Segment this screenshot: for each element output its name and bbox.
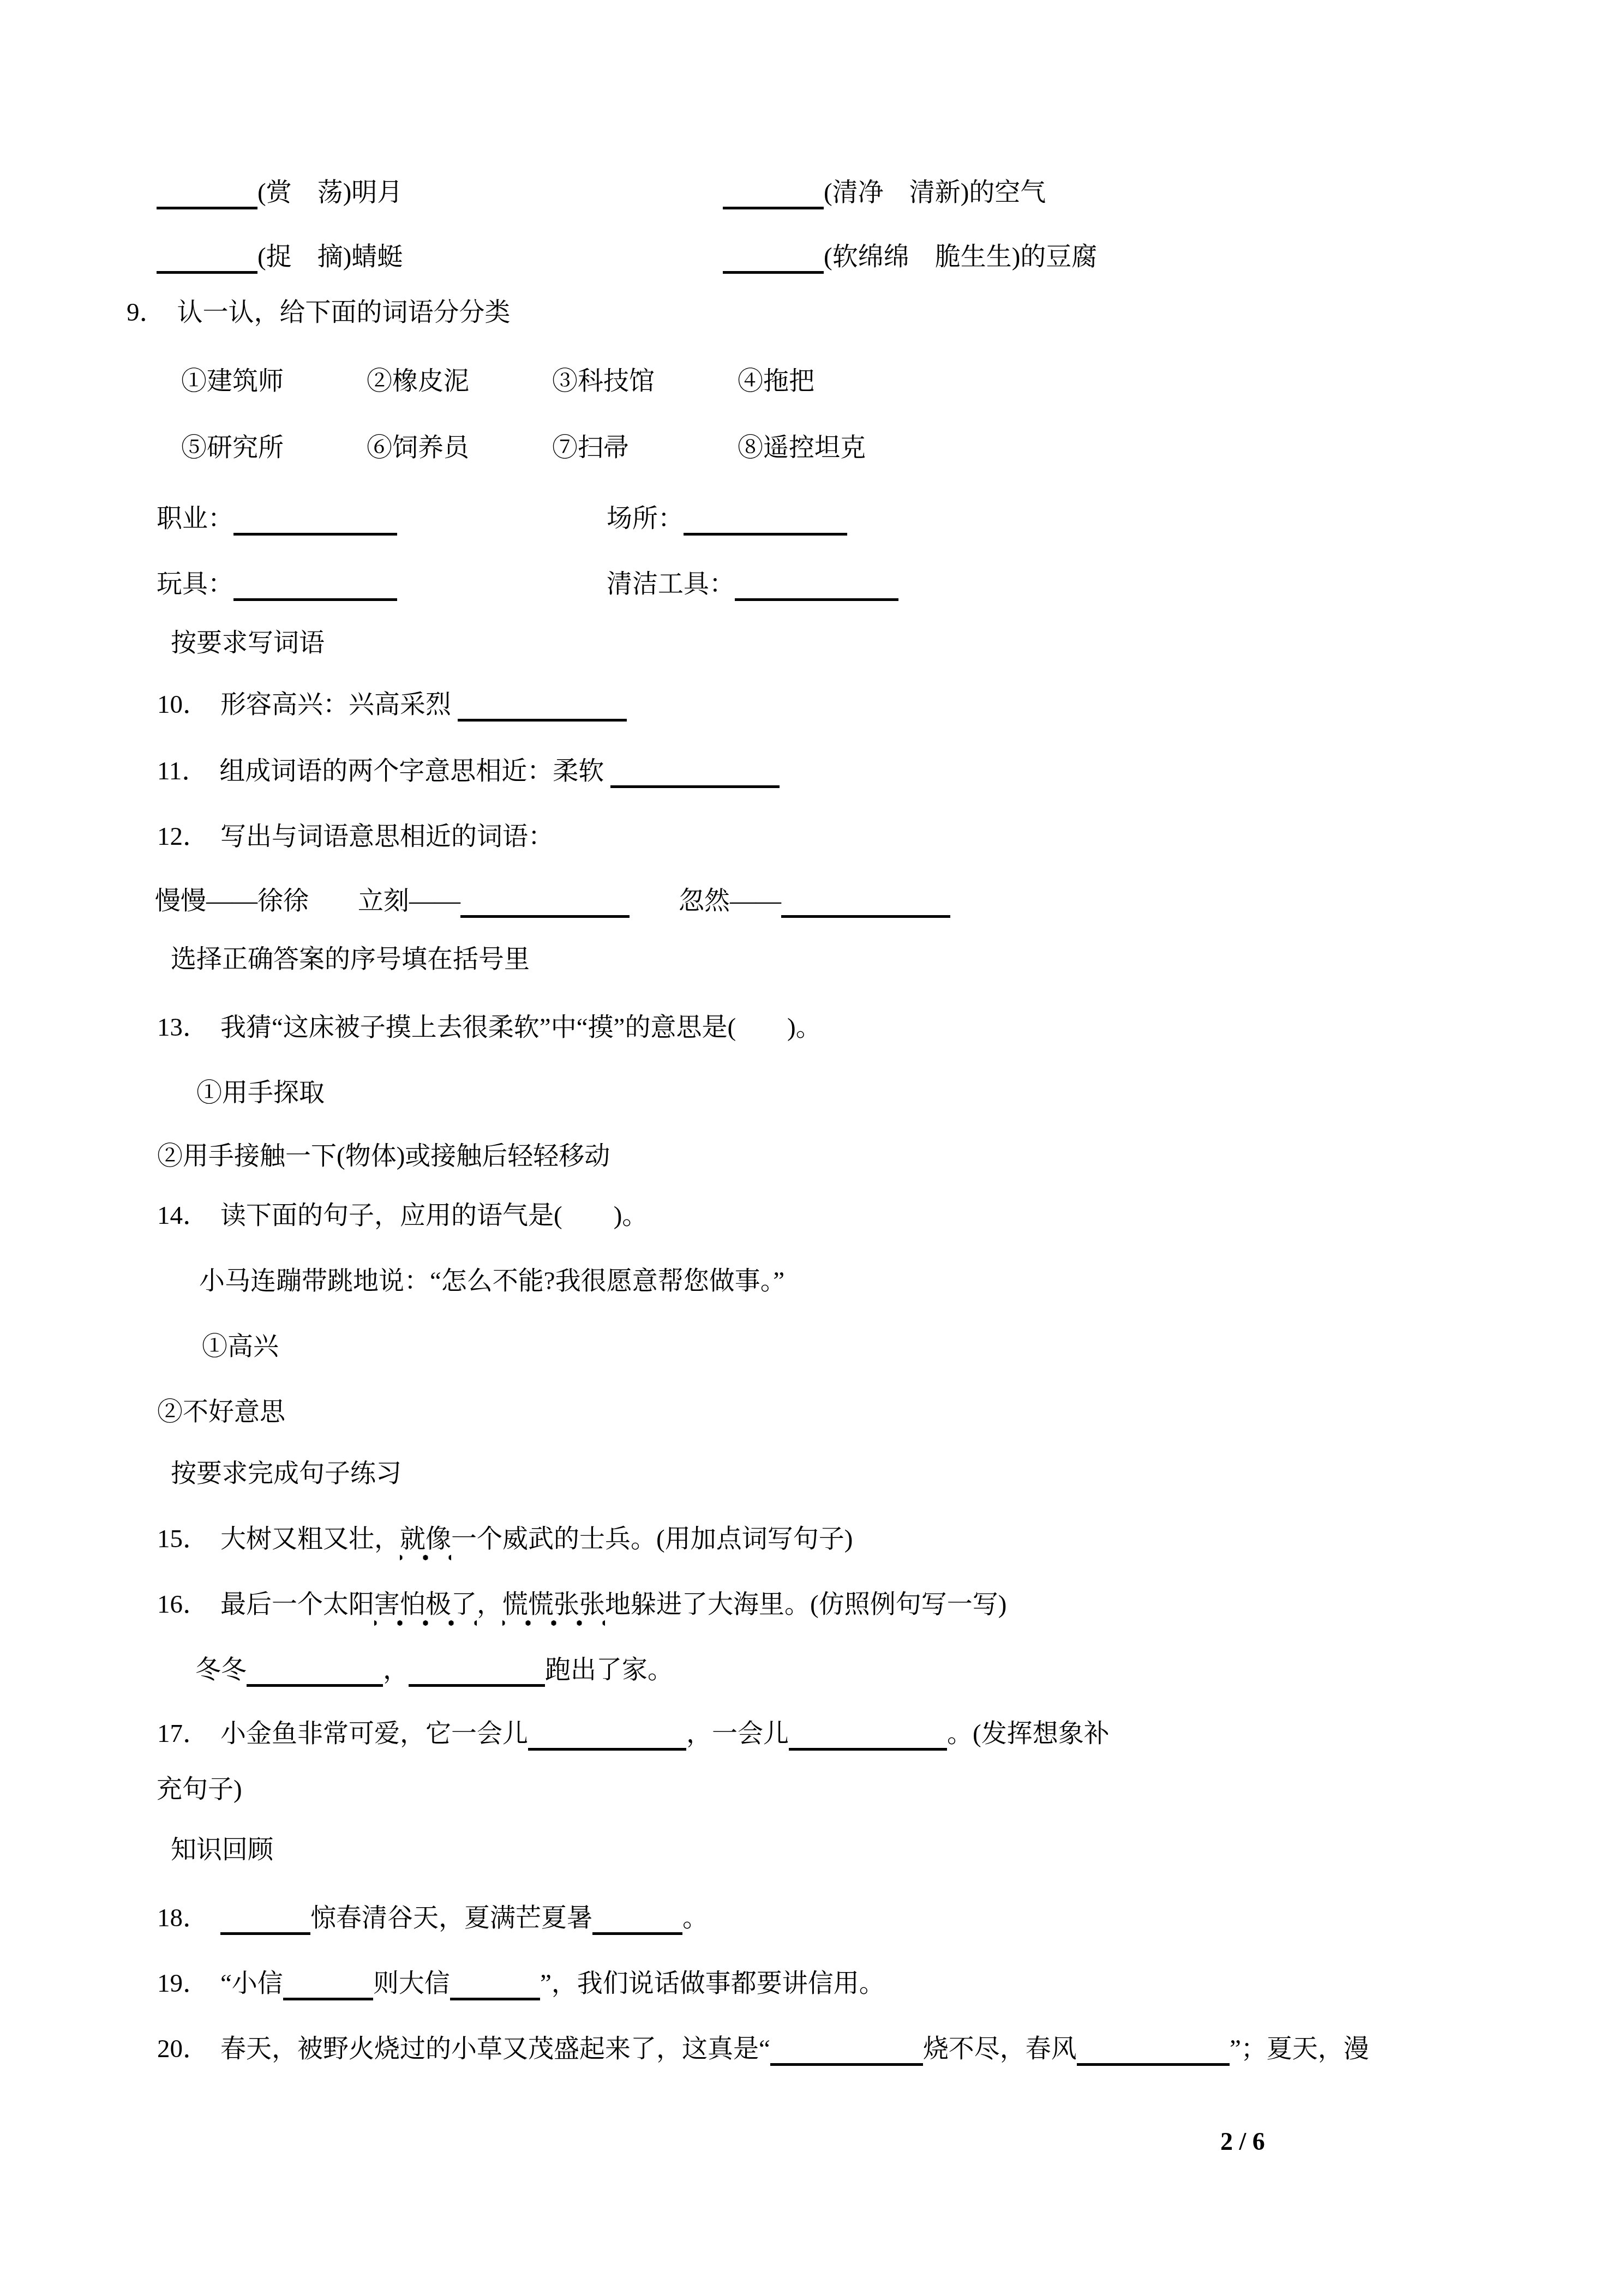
word-item-7: ⑦扫帚 <box>552 431 629 465</box>
question-9-stem: 认一认，给下面的词语分分类 <box>177 298 511 327</box>
question-15: 15．大树又粗又壮，就像一个威武的士兵。(用加点词写句子) <box>157 1522 853 1556</box>
blank-line <box>610 756 780 788</box>
question-13: 13．我猜“这床被子摸上去很柔软”中“摸”的意思是( )。 <box>157 1011 822 1044</box>
word-item-4: ④拖把 <box>738 364 814 398</box>
question-14-option-1: ①高兴 <box>202 1330 279 1363</box>
question-13-stem: 我猜“这床被子摸上去很柔软”中“摸”的意思是( )。 <box>220 1013 822 1042</box>
question-14-stem: 读下面的句子，应用的语气是( )。 <box>220 1201 648 1230</box>
question-20-post: ”；夏天，漫 <box>1230 2035 1369 2063</box>
question-14-quote: 小马连蹦带跳地说：“怎么不能?我很愿意帮您做事。” <box>199 1264 784 1298</box>
question-11: 11．组成词语的两个字意思相近：柔软 <box>157 754 780 788</box>
question-16-fill-post: 跑出了家。 <box>545 1656 673 1684</box>
question-18-mid: 惊春清谷天，夏满芒夏暑 <box>310 1904 592 1932</box>
blank-line <box>233 503 397 536</box>
word-item-5: ⑤研究所 <box>181 431 284 465</box>
question-14: 14．读下面的句子，应用的语气是( )。 <box>157 1199 648 1233</box>
question-17-mid: ，一会儿 <box>686 1720 789 1748</box>
category-label-toy: 玩具： <box>157 570 233 598</box>
question-16-mid: ， <box>477 1590 502 1619</box>
question-19-mid: 则大信 <box>373 1969 450 1998</box>
word-item-1: ①建筑师 <box>181 364 284 398</box>
question-13-number: 13． <box>157 1013 208 1042</box>
category-label-place: 场所： <box>607 504 684 533</box>
blank-line <box>247 1655 383 1687</box>
section-header-sentence-practice: 按要求完成句子练习 <box>171 1457 401 1490</box>
question-18: 18．惊春清谷天，夏满芒夏暑。 <box>157 1901 708 1935</box>
blank-line <box>233 569 397 601</box>
word-item-8: ⑧遥控坦克 <box>738 431 866 465</box>
blank-line <box>460 886 630 918</box>
blank-line <box>781 886 950 918</box>
question-13-option-2: ②用手接触一下(物体)或接触后轻轻移动 <box>157 1139 610 1173</box>
question-12-pairs: 慢慢——徐徐立刻——忽然—— <box>155 884 950 918</box>
category-label-occupation: 职业： <box>157 504 233 533</box>
blank-line <box>283 1968 373 2000</box>
synonym-label-like: 立刻—— <box>358 887 460 915</box>
word-choice-text: (捉 摘)蜻蜓 <box>257 243 403 271</box>
question-15-pre: 大树又粗又壮， <box>220 1525 400 1553</box>
blank-line <box>157 177 257 209</box>
blank-line <box>157 242 257 274</box>
question-20-pre: 春天，被野火烧过的小草又茂盛起来了，这真是“ <box>220 2035 770 2063</box>
question-9-number: 9． <box>127 298 165 327</box>
question-10: 10．形容高兴：兴高采烈 <box>157 688 627 722</box>
question-9: 9．认一认，给下面的词语分分类 <box>127 296 511 329</box>
question-14-option-2: ②不好意思 <box>157 1395 285 1429</box>
word-choice-text: (赏 荡)明月 <box>257 178 403 207</box>
question-20-mid: 烧不尽，春风 <box>923 2035 1077 2063</box>
word-choice-row-1: (赏 荡)明月 (清净 清新)的空气 <box>157 176 403 209</box>
blank-line <box>770 2034 923 2066</box>
question-12: 12．写出与词语意思相近的词语： <box>157 820 554 854</box>
question-16-fill: 冬冬，跑出了家。 <box>195 1653 673 1687</box>
emphasized-phrase: 就像 <box>400 1525 451 1562</box>
page-number: 2 / 6 <box>1220 2125 1265 2159</box>
section-header-knowledge-review: 知识回顾 <box>171 1833 273 1867</box>
blank-line <box>220 1903 310 1935</box>
emphasized-phrase: 慌慌张张 <box>502 1590 605 1627</box>
question-13-option-1: ①用手探取 <box>196 1076 325 1110</box>
question-18-end: 。 <box>682 1904 708 1932</box>
question-19-number: 19． <box>157 1969 208 1998</box>
word-item-3: ③科技馆 <box>552 364 655 398</box>
question-16: 16．最后一个太阳害怕极了，慌慌张张地躲进了大海里。(仿照例句写一写) <box>157 1588 1006 1621</box>
section-header-choose-answer: 选择正确答案的序号填在括号里 <box>171 942 530 976</box>
section-header-write-words: 按要求写词语 <box>171 626 325 660</box>
synonym-pair-example: 慢慢——徐徐 <box>155 887 309 915</box>
question-16-fill-mid: ， <box>383 1656 409 1684</box>
blank-line <box>684 503 847 536</box>
word-choice-row-2: (捉 摘)蜻蜓 (软绵绵 脆生生)的豆腐 <box>157 240 403 274</box>
blank-line <box>735 569 898 601</box>
question-12-text: 写出与词语意思相近的词语： <box>220 822 554 851</box>
category-label-cleaning-tool: 清洁工具： <box>607 570 735 598</box>
question-20-number: 20． <box>157 2035 208 2063</box>
word-item-2: ②橡皮泥 <box>367 364 469 398</box>
word-choice-text: (软绵绵 脆生生)的豆腐 <box>824 243 1097 271</box>
worksheet-page: { "page": { "number": "2 / 6" }, "fill_r… <box>0 0 1624 2296</box>
blank-line <box>409 1655 545 1687</box>
question-17: 17．小金鱼非常可爱，它一会儿，一会儿。(发挥想象补 <box>157 1717 1110 1751</box>
question-19-post: ”，我们说话做事都要讲信用。 <box>540 1969 885 1998</box>
question-16-number: 16． <box>157 1590 208 1619</box>
question-12-number: 12． <box>157 822 208 851</box>
word-choice-text: (清净 清新)的空气 <box>824 178 1046 207</box>
synonym-label-suddenly: 忽然—— <box>679 887 781 915</box>
question-17-post: 。(发挥想象补 <box>947 1720 1110 1748</box>
question-10-text: 形容高兴：兴高采烈 <box>220 690 458 719</box>
blank-line <box>1077 2034 1230 2066</box>
question-16-post: 地躲进了大海里。(仿照例句写一写) <box>605 1590 1006 1619</box>
blank-line <box>592 1903 682 1935</box>
question-10-number: 10． <box>157 690 208 719</box>
question-15-number: 15． <box>157 1525 208 1553</box>
category-row-1: 职业： 场所： <box>157 502 397 536</box>
question-20: 20．春天，被野火烧过的小草又茂盛起来了，这真是“烧不尽，春风”；夏天，漫 <box>157 2032 1369 2066</box>
question-17-wrap: 充句子) <box>157 1772 242 1806</box>
blank-line <box>528 1718 686 1751</box>
question-16-pre: 最后一个太阳 <box>220 1590 374 1619</box>
question-11-number: 11． <box>157 757 207 785</box>
question-15-post: 一个威武的士兵。(用加点词写句子) <box>451 1525 853 1553</box>
question-16-fill-pre: 冬冬 <box>195 1656 247 1684</box>
emphasized-phrase: 害怕极了 <box>374 1590 477 1627</box>
blank-line <box>789 1718 947 1751</box>
word-item-6: ⑥饲养员 <box>367 431 469 465</box>
question-11-text: 组成词语的两个字意思相近：柔软 <box>219 757 610 785</box>
blank-line <box>450 1968 540 2000</box>
question-17-pre: 小金鱼非常可爱，它一会儿 <box>220 1720 528 1748</box>
question-18-number: 18． <box>157 1904 208 1932</box>
question-17-number: 17． <box>157 1720 208 1748</box>
question-14-number: 14． <box>157 1201 208 1230</box>
question-19: 19．“小信则大信”，我们说话做事都要讲信用。 <box>157 1967 885 2000</box>
category-row-2: 玩具： 清洁工具： <box>157 567 397 601</box>
question-19-pre: “小信 <box>220 1969 283 1998</box>
blank-line <box>723 242 824 274</box>
blank-line <box>458 689 627 722</box>
blank-line <box>723 177 824 209</box>
